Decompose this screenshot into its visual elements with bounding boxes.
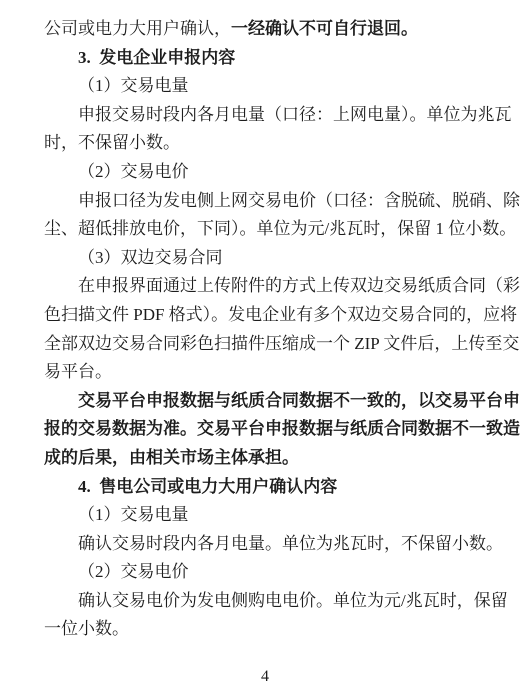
document-line: 申报交易时段内各月电量（口径：上网电量）。单位为兆瓦 [44, 101, 522, 130]
document-line: 时，不保留小数。 [44, 129, 522, 158]
document-line: 在申报界面通过上传附件的方式上传双边交易纸质合同（彩 [44, 272, 522, 301]
document-line: 报的交易数据为准。交易平台申报数据与纸质合同数据不一致造 [44, 415, 522, 444]
document-line: 色扫描文件 PDF 格式）。发电企业有多个双边交易合同的，应将 [44, 301, 522, 330]
document-line: 公司或电力大用户确认，一经确认不可自行退回。 [44, 15, 522, 44]
line-text-regular: 公司或电力大用户确认， [44, 19, 231, 38]
document-line: 尘、超低排放电价，下同）。单位为元/兆瓦时，保留 1 位小数。 [44, 215, 522, 244]
line-text-bold: 一经确认不可自行退回。 [231, 19, 418, 38]
document-line: 一位小数。 [44, 615, 522, 644]
subsection-label: （2）交易电价 [44, 558, 522, 587]
document-page: 公司或电力大用户确认，一经确认不可自行退回。 3. 发电企业申报内容 （1）交易… [0, 0, 530, 699]
section-heading-3: 3. 发电企业申报内容 [44, 44, 522, 73]
document-line: 确认交易时段内各月电量。单位为兆瓦时，不保留小数。 [44, 530, 522, 559]
section-heading-4: 4. 售电公司或电力大用户确认内容 [44, 473, 522, 502]
subsection-label: （1）交易电量 [44, 72, 522, 101]
document-line: 全部双边交易合同彩色扫描件压缩成一个 ZIP 文件后，上传至交 [44, 330, 522, 359]
document-line: 交易平台申报数据与纸质合同数据不一致的，以交易平台申 [44, 387, 522, 416]
document-line: 申报口径为发电侧上网交易电价（口径：含脱硫、脱硝、除 [44, 187, 522, 216]
subsection-label: （3）双边交易合同 [44, 244, 522, 273]
document-line: 确认交易电价为发电侧购电电价。单位为元/兆瓦时，保留 [44, 587, 522, 616]
page-number: 4 [0, 666, 530, 688]
subsection-label: （2）交易电价 [44, 158, 522, 187]
subsection-label: （1）交易电量 [44, 501, 522, 530]
document-content: 公司或电力大用户确认，一经确认不可自行退回。 3. 发电企业申报内容 （1）交易… [0, 0, 530, 644]
document-line: 成的后果，由相关市场主体承担。 [44, 444, 522, 473]
document-line: 易平台。 [44, 358, 522, 387]
